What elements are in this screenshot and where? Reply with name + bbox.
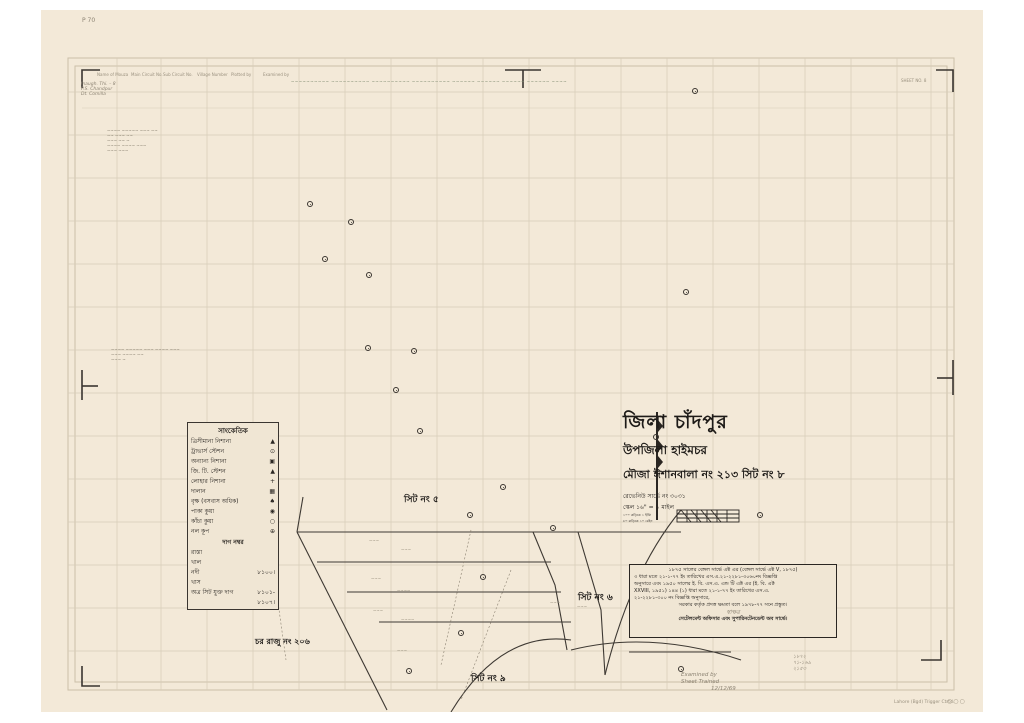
printer-label: Lahore (Bgd) Trigger Ctrtd. [894,700,954,705]
traverse-station-icon: ⊙ [270,447,275,457]
traverse-station-icon [417,428,423,434]
legend-item: অন্যান্য নিশানা▣ [188,457,278,467]
title-block: জিলা চাঁদপুর উপজিলা হাইমচর মৌজা ঈশানবালা… [623,408,823,525]
traverse-station-icon [550,525,556,531]
map-grid [41,10,983,712]
registration-circles-icon: ○○○ [947,698,966,705]
traverse-station-icon [366,272,372,278]
traverse-station-icon [322,256,328,262]
legend-item: পাকা কুয়া◉ [188,507,278,517]
traverse-station-icon [365,345,371,351]
legend-item: ত্রিসীমানা নিশানা▲ [188,437,278,447]
header-col-sub-circuit: Sub Circuit No. [163,72,193,77]
traverse-station-icon [307,201,313,207]
traverse-station-icon [411,348,417,354]
adjacent-sheet-9-label: সিট নং ৯ [471,671,506,686]
tube-well-icon: ⊕ [270,527,275,537]
plot-number: ~~~ [371,576,381,581]
legend-item: দালান▦ [188,487,278,497]
legend-box: সাংকেতিক ত্রিসীমানা নিশানা▲ ট্রাভার্স স্… [187,422,279,610]
legend-plot-row: রাস্তা [188,548,278,558]
header-col-village: Village Number [197,72,228,77]
pencil-note-left-top: ~~~~ ~~~~~ ~~~ ~~~~ ~~~ ~~~~~ ~~ ~~~~~ ~… [107,128,158,153]
plot-number: ~~~~ [397,588,410,593]
gt-station-icon: ▲ [270,467,275,477]
legend-item: নল কূপ⊕ [188,527,278,537]
header-pencil-entries: ~~~~~~~~~~ ~~~~~~~~~~ ~~~~~~~~~~ ~~~~~~~… [291,79,567,84]
legend-plot-row: খাস [188,578,278,588]
iron-mark-icon: + [270,477,275,487]
pencil-examination-note: Examined by Sheet Trained 12/12/69 [681,672,736,693]
legend-item: লোহার নিশানা+ [188,477,278,487]
legend-item: জি. টি. স্টেশন▲ [188,467,278,477]
header-col-examined: Examined by [263,72,289,77]
pencil-right-note: ১৮৭২ ৭১-১৬৯ ২১৫৩ [793,654,811,672]
traverse-station-icon [692,88,698,94]
certificate-footer: সেটেলমেন্ট অফিসার এবং সুপারিনটেনডেন্ট অব… [634,616,832,623]
building-icon: ▦ [269,487,275,497]
legend-plot-row: ৮১০৭। [188,598,278,608]
legend-item: ট্রাভার্স স্টেশন⊙ [188,447,278,457]
legend-plot-row: নদী৮১০০। [188,568,278,578]
legend-plot-row: খাল [188,558,278,568]
mouza-title: মৌজা ঈশানবালা নং ২১৩ সিট নং ৮ [623,466,823,485]
signature: স্বাক্ষর [634,609,832,616]
traverse-station-icon [393,387,399,393]
kutcha-well-icon: ○ [270,517,275,527]
traverse-station-icon [458,630,464,636]
header-col-plotted: Plotted by [231,72,251,77]
adjacent-sheet-5-label: সিট নং ৫ [404,492,439,507]
plot-number: ~~~ [369,538,379,543]
traverse-station-icon [348,219,354,225]
plot-number: ~~~~ [401,617,414,622]
plot-number: ~~~ [550,600,560,605]
traverse-station-icon [683,289,689,295]
traverse-station-icon [406,668,412,674]
scale-label: স্কেল ১৬" = ১ মাইল [623,502,823,513]
upazila-title: উপজিলা হাইমচর [623,442,823,462]
legend-plot-row: অত্র সিট যুক্ত দাগ৮১০১- [188,588,278,598]
survey-reference: রেভেনিউ সার্ভে নং ৩০৩১ [623,491,823,502]
legend-subtitle: দাগ নম্বর [188,537,278,548]
traverse-station-icon [500,484,506,490]
char-raju-label: চর রাজু নং ২০৬ [255,636,310,649]
sheet-no-label: SHEET NO. 8 [901,78,926,83]
plot-number: ~~~ [577,604,587,609]
pucca-well-icon: ◉ [270,507,275,517]
district-title: জিলা চাঁদপুর [623,408,823,440]
header-first-entry: Inaugh. Thi. – 8 P.S. Chandpur Dt. Comil… [81,82,116,97]
traverse-station-icon [480,574,486,580]
tree-icon: ♠ [270,497,275,507]
sheet-code: P 70 [82,17,95,24]
scale-note: ৮০ কড়িকে ১০ চেইন [623,519,823,525]
cadastral-map-sheet: P 70 Name of Mouza Main Circuit No. Sub … [41,10,983,712]
certificate-box: ১৮৭৫ সালের বেঙ্গল সার্ভে এক্ট এর (বেঙ্গল… [629,564,837,638]
tri-junction-icon: ▲ [270,437,275,447]
other-mark-icon: ▣ [269,457,275,467]
traverse-station-icon [467,512,473,518]
adjacent-sheet-6-label: সিট নং ৬ [578,590,613,605]
header-col-mouza: Name of Mouza [97,72,128,77]
header-col-main-circuit: Main Circuit No. [131,72,163,77]
plot-number: ~~~ [373,608,383,613]
legend-item: বৃক্ষ (বসবাস অধিক)♠ [188,497,278,507]
plot-number: ~~~ [397,648,407,653]
pencil-note-left-mid: ~~~~ ~~~~~ ~~~ ~~~~ ~~~~~~ ~~~~ ~~~~~ ~ [111,347,180,362]
plot-number: ~~~ [401,547,411,552]
legend-item: কাঁচা কুয়া○ [188,517,278,527]
legend-title: সাংকেতিক [188,425,278,437]
